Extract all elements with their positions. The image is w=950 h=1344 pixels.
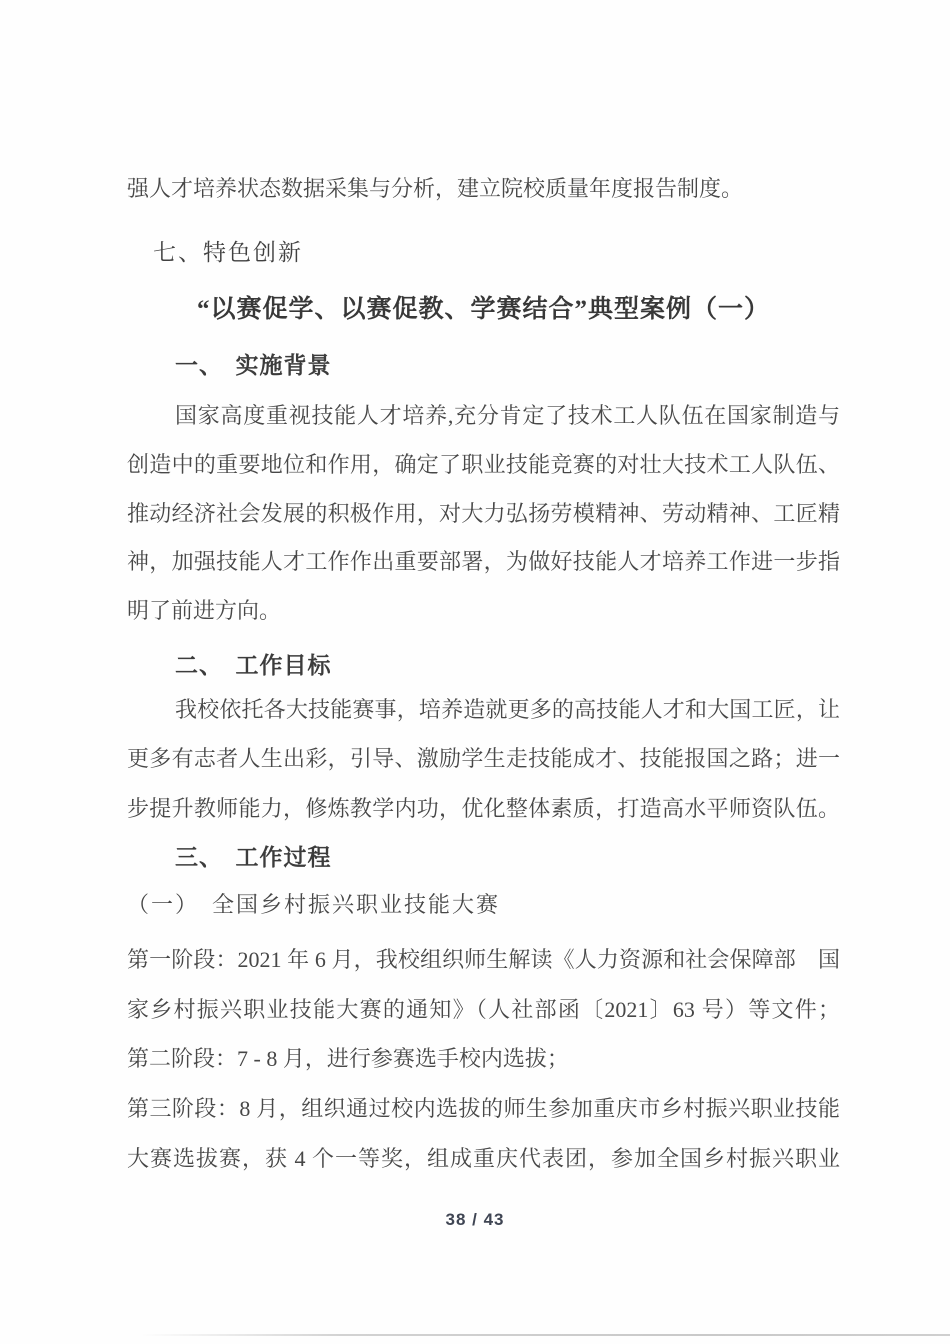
paragraph-line: 我校依托各大技能赛事，培养造就更多的高技能人才和大国工匠，让 — [127, 694, 840, 726]
paragraph-line: 第二阶段：7 - 8 月，进行参赛选手校内选拔； — [127, 1043, 840, 1075]
subheading-implementation-background: 一、 实施背景 — [175, 350, 332, 382]
paragraph-line: 第三阶段：8 月，组织通过校内选拔的师生参加重庆市乡村振兴职业技能 — [127, 1093, 840, 1125]
paragraph-line: 步提升教师能力，修炼教学内功，优化整体素质，打造高水平师资队伍。 — [127, 793, 840, 825]
paragraph-line: 家乡村振兴职业技能大赛的通知》（人社部函〔2021〕63 号）等文件； — [127, 994, 840, 1026]
page-number: 38 / 43 — [0, 1210, 950, 1230]
section-heading-features: 七、特色创新 — [153, 237, 303, 269]
document-page: 强人才培养状态数据采集与分析，建立院校质量年度报告制度。 七、特色创新 “以赛促… — [0, 0, 950, 1344]
subheading-work-goals: 二、 工作目标 — [175, 650, 332, 682]
paragraph-line: 大赛选拔赛，获 4 个一等奖，组成重庆代表团，参加全国乡村振兴职业 — [127, 1143, 840, 1175]
intro-text-line: 强人才培养状态数据采集与分析，建立院校质量年度报告制度。 — [127, 173, 840, 205]
paragraph-line: 明了前进方向。 — [127, 595, 840, 627]
sub-section-label-competition: （一） 全国乡村振兴职业技能大赛 — [127, 889, 500, 921]
paragraph-line: 第一阶段：2021 年 6 月，我校组织师生解读《人力资源和社会保障部 国 — [127, 944, 840, 976]
paragraph-line: 推动经济社会发展的积极作用，对大力弘扬劳模精神、劳动精神、工匠精 — [127, 498, 840, 530]
paragraph-line: 创造中的重要地位和作用，确定了职业技能竞赛的对壮大技术工人队伍、 — [127, 449, 840, 481]
paragraph-line: 更多有志者人生出彩，引导、激励学生走技能成才、技能报国之路；进一 — [127, 743, 840, 775]
subheading-work-process: 三、 工作过程 — [175, 842, 332, 874]
case-title: “以赛促学、以赛促教、学赛结合”典型案例（一） — [127, 292, 840, 328]
scan-edge-shadow — [140, 1334, 950, 1336]
paragraph-line: 神，加强技能人才工作作出重要部署，为做好技能人才培养工作进一步指 — [127, 546, 840, 578]
paragraph-line: 国家高度重视技能人才培养,充分肯定了技术工人队伍在国家制造与 — [127, 400, 840, 432]
